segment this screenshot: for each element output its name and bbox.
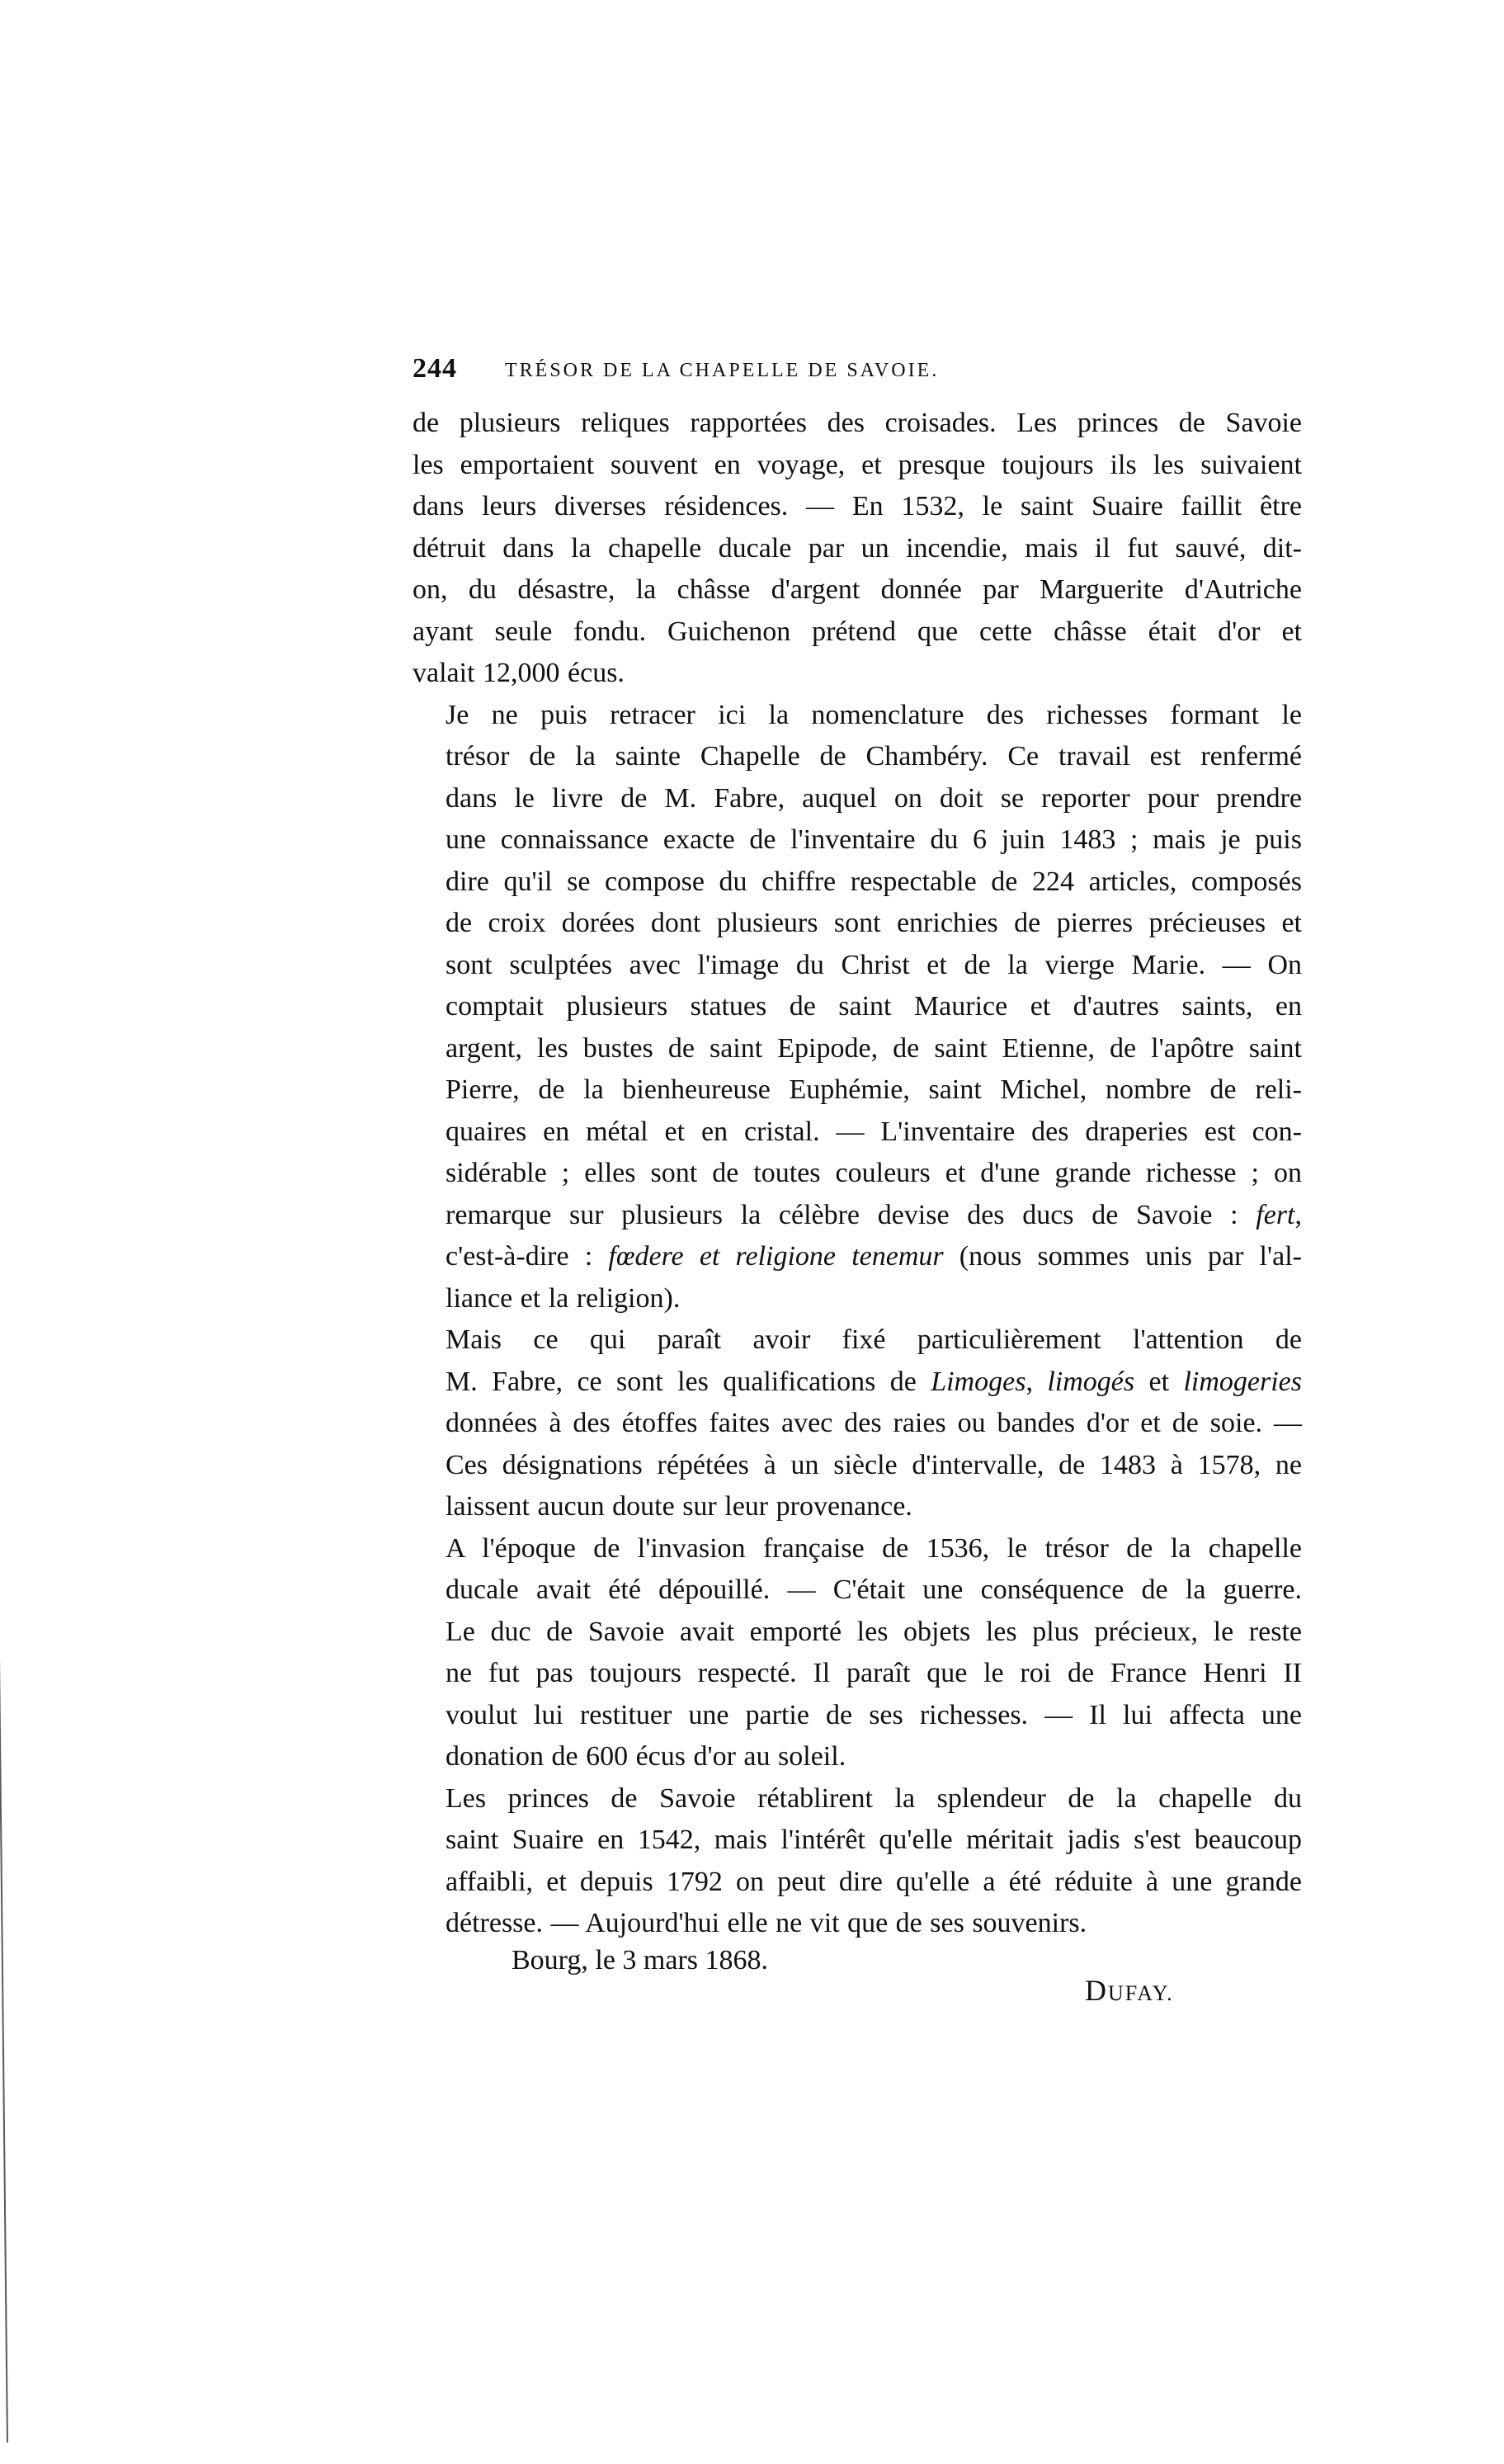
text-line: détruit dans la chapelle ducale par un i…: [413, 528, 1302, 570]
text-line: Mais ce qui paraît avoir fixé particuliè…: [413, 1319, 1302, 1362]
text-line: Je ne puis retracer ici la nomenclature …: [413, 695, 1302, 737]
italic-term: fœdere et religione tenemur: [608, 1241, 943, 1272]
paragraph: Les princes de Savoie rétablirent la spl…: [413, 1778, 1302, 1945]
italic-term: limogeries: [1183, 1367, 1302, 1397]
author-signature: DUFAY.: [1085, 1973, 1174, 2008]
page-number: 244: [413, 353, 457, 385]
paragraph: Je ne puis retracer ici la nomenclature …: [413, 695, 1302, 1320]
running-head: 244 Trésor de la chapelle de Savoie.: [413, 353, 1302, 396]
text-line: argent, les bustes de saint Epipode, de …: [413, 1028, 1302, 1070]
text-line: sont sculptées avec l'image du Christ et…: [413, 945, 1302, 987]
running-title: Trésor de la chapelle de Savoie.: [505, 360, 939, 382]
place-date: Bourg, le 3 mars 1868.: [512, 1945, 768, 1976]
paragraph: de plusieurs reliques rapportées des cro…: [413, 403, 1302, 695]
text-line: on, du désastre, la châsse d'argent donn…: [413, 569, 1302, 611]
paragraph: A l'époque de l'invasion française de 15…: [413, 1528, 1302, 1778]
text-line: dire qu'il se compose du chiffre respect…: [413, 861, 1302, 904]
scan-binding-edge: [0, 1502, 13, 2443]
italic-term: Limoges: [931, 1367, 1025, 1397]
text-line: voulut lui restituer une partie de ses r…: [413, 1695, 1302, 1737]
body-text: de plusieurs reliques rapportées des cro…: [413, 403, 1302, 1945]
italic-term: limogés: [1047, 1367, 1134, 1397]
italic-term: fert: [1256, 1200, 1294, 1230]
text-line: une connaissance exacte de l'inventaire …: [413, 819, 1302, 861]
text-line: M. Fabre, ce sont les qualifications de …: [413, 1362, 1302, 1404]
text-line: de croix dorées dont plusieurs sont enri…: [413, 903, 1302, 945]
signature-rest: UFAY.: [1108, 1981, 1174, 2005]
text-line: Pierre, de la bienheureuse Euphémie, sai…: [413, 1069, 1302, 1112]
text-line: saint Suaire en 1542, mais l'intérêt qu'…: [413, 1820, 1302, 1862]
text-line: dans leurs diverses résidences. — En 153…: [413, 486, 1302, 528]
text-line: les emportaient souvent en voyage, et pr…: [413, 445, 1302, 487]
text-line: Ces désignations répétées à un siècle d'…: [413, 1445, 1302, 1487]
text-line: ne fut pas toujours respecté. Il paraît …: [413, 1653, 1302, 1695]
text-line: donation de 600 écus d'or au soleil.: [413, 1736, 1302, 1778]
text-line: quaires en métal et en cristal. — L'inve…: [413, 1112, 1302, 1154]
signature-initial: D: [1085, 1974, 1108, 2007]
text-line: remarque sur plusieurs la célèbre devise…: [413, 1195, 1302, 1237]
text-line: sidérable ; elles sont de toutes couleur…: [413, 1153, 1302, 1195]
text-line: ayant seule fondu. Guichenon prétend que…: [413, 611, 1302, 654]
closing: Bourg, le 3 mars 1868. DUFAY.: [413, 1945, 1302, 2019]
text-line: détresse. — Aujourd'hui elle ne vit que …: [413, 1903, 1302, 1945]
text-line: dans le livre de M. Fabre, auquel on doi…: [413, 778, 1302, 820]
text-line: affaibli, et depuis 1792 on peut dire qu…: [413, 1862, 1302, 1904]
text-line: comptait plusieurs statues de saint Maur…: [413, 986, 1302, 1028]
text-line: ducale avait été dépouillé. — C'était un…: [413, 1570, 1302, 1612]
text-line: données à des étoffes faites avec des ra…: [413, 1403, 1302, 1445]
text-line: laissent aucun doute sur leur provenance…: [413, 1486, 1302, 1528]
text-line: valait 12,000 écus.: [413, 653, 1302, 695]
text-line: c'est-à-dire : fœdere et religione tenem…: [413, 1236, 1302, 1278]
text-line: de plusieurs reliques rapportées des cro…: [413, 403, 1302, 445]
text-line: liance et la religion).: [413, 1278, 1302, 1320]
book-page: 244 Trésor de la chapelle de Savoie. de …: [413, 353, 1302, 2019]
text-line: trésor de la sainte Chapelle de Chambéry…: [413, 736, 1302, 778]
text-line: A l'époque de l'invasion française de 15…: [413, 1528, 1302, 1570]
text-line: Le duc de Savoie avait emporté les objet…: [413, 1612, 1302, 1654]
paragraph: Mais ce qui paraît avoir fixé particuliè…: [413, 1319, 1302, 1528]
text-line: Les princes de Savoie rétablirent la spl…: [413, 1778, 1302, 1820]
